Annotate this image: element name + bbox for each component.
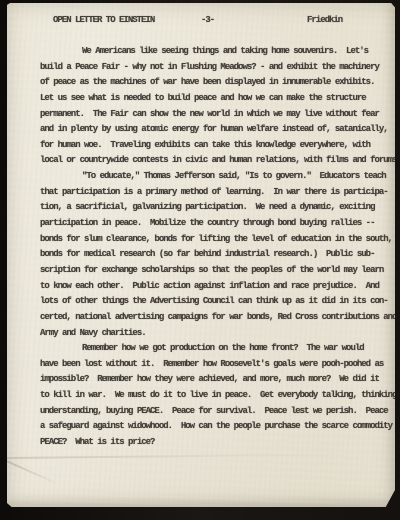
typed-line: certed, national advertising campaigns f…	[40, 310, 394, 326]
typed-line: and in plenty by using atomic energy for…	[40, 122, 394, 138]
document-title: OPEN LETTER TO EINSTEIN	[53, 15, 154, 25]
typed-line: to kill in war. We must do it to live in…	[40, 388, 394, 404]
typed-line: Let us see what is needed to build peace…	[40, 91, 394, 107]
typed-line: impossible? Remember how they were achie…	[40, 372, 394, 388]
typed-line: "To educate," Thomas Jefferson said, "Is…	[40, 169, 394, 185]
typed-line: scription for exchange scholarships so t…	[40, 263, 394, 279]
typed-line: Army and Navy charities.	[40, 326, 394, 342]
typed-line: bonds for medical research (so far behin…	[40, 247, 394, 263]
author-name: Friedkin	[307, 15, 342, 25]
typed-line: that participation is a primary method o…	[40, 185, 394, 201]
page-number: -3-	[201, 15, 214, 25]
typed-line: Remember how we got production on the ho…	[40, 341, 394, 357]
paper-crease	[3, 459, 59, 485]
typed-line: of peace as the machines of war have bee…	[40, 75, 394, 91]
typewritten-page: OPEN LETTER TO EINSTEIN -3- Friedkin We …	[7, 3, 395, 507]
typed-line: participation in peace. Mobilize the cou…	[40, 216, 394, 232]
typed-line: PEACE? What is its price?	[40, 435, 394, 451]
typed-line: We Americans like seeing things and taki…	[40, 44, 394, 60]
typed-body: We Americans like seeing things and taki…	[40, 44, 394, 451]
typed-line: tion, a sacrificial, galvanizing partici…	[40, 200, 394, 216]
typed-line: bonds for slum clearance, bonds for lift…	[40, 232, 394, 248]
typed-line: local or countrywide contests in civic a…	[40, 153, 394, 169]
typed-line: to know each other. Public action agains…	[40, 279, 394, 295]
typed-line: a safeguard against widowhood. How can t…	[40, 419, 394, 435]
typed-line: build a Peace Fair - why not in Flushing…	[40, 60, 394, 76]
typed-line: permanent. The Fair can show the new wor…	[40, 107, 394, 123]
page-header: OPEN LETTER TO EINSTEIN -3- Friedkin	[7, 15, 395, 29]
typed-line: for human woe. Traveling exhibits can ta…	[40, 138, 394, 154]
typed-line: understanding, buying PEACE. Peace for s…	[40, 404, 394, 420]
scan-background: OPEN LETTER TO EINSTEIN -3- Friedkin We …	[0, 0, 400, 520]
paper-crease	[7, 453, 381, 459]
typed-line: lots of other things the Advertising Cou…	[40, 294, 394, 310]
typed-line: have been lost without it. Remember how …	[40, 357, 394, 373]
